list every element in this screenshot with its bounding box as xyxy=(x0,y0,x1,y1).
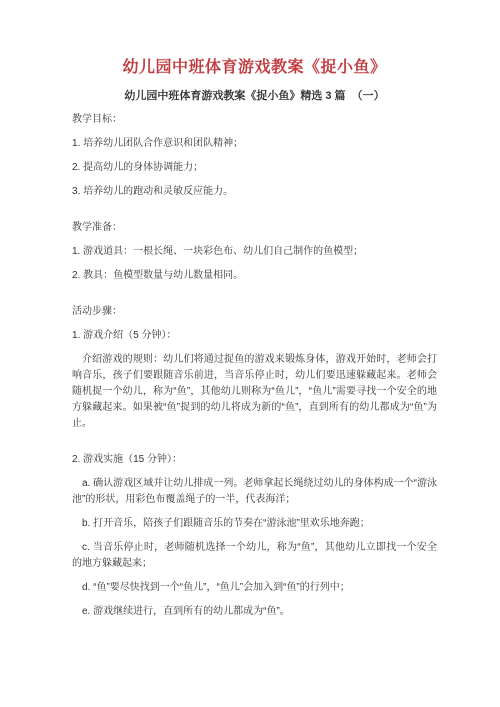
document-page: 幼儿园中班体育游戏教案《捉小鱼》 幼儿园中班体育游戏教案《捉小鱼》精选 3 篇 … xyxy=(0,0,500,707)
goals-section-heading: 教学目标： xyxy=(72,112,437,128)
activity-step1-heading: 1. 游戏介绍（5 分钟）： xyxy=(72,328,437,344)
activity-step2-item-b: b. 打开音乐，陪孩子们跟随音乐的节奏在“游泳池”里欢乐地奔跑； xyxy=(72,516,437,532)
activity-section-heading: 活动步骤： xyxy=(72,304,437,320)
preparation-item-1: 1. 游戏道具：一根长绳、一块彩色布、幼儿们自己制作的鱼模型； xyxy=(72,244,437,260)
activity-step2-item-e: e. 游戏继续进行，直到所有的幼儿都成为“鱼”。 xyxy=(72,604,437,620)
activity-step1-description: 介绍游戏的规则：幼儿们将通过捉鱼的游戏来锻炼身体，游戏开始时，老师会打响音乐，孩… xyxy=(72,352,437,432)
preparation-item-2: 2. 教具：鱼模型数量与幼儿数量相同。 xyxy=(72,268,437,284)
activity-step2-item-c: c. 当音乐停止时，老师随机选择一个幼儿，称为“鱼”，其他幼儿立即找一个安全的地… xyxy=(72,540,437,572)
activity-step2-item-a: a. 确认游戏区域并让幼儿排成一列。老师拿起长绳绕过幼儿的身体构成一个“游泳池”… xyxy=(72,476,437,508)
doc-title: 幼儿园中班体育游戏教案《捉小鱼》 xyxy=(72,56,437,80)
goal-item-2: 2. 提高幼儿的身体协调能力； xyxy=(72,160,437,176)
preparation-section-heading: 教学准备： xyxy=(72,220,437,236)
activity-step2-item-d: d. “鱼”要尽快找到一个“鱼儿”，“鱼儿”会加入到“鱼”的行列中； xyxy=(72,580,437,596)
goal-item-1: 1. 培养幼儿团队合作意识和团队精神； xyxy=(72,136,437,152)
goal-item-3: 3. 培养幼儿的跑动和灵敏反应能力。 xyxy=(72,184,437,200)
doc-subtitle: 幼儿园中班体育游戏教案《捉小鱼》精选 3 篇 （一） xyxy=(72,88,437,104)
activity-step2-heading: 2. 游戏实施（15 分钟）： xyxy=(72,452,437,468)
